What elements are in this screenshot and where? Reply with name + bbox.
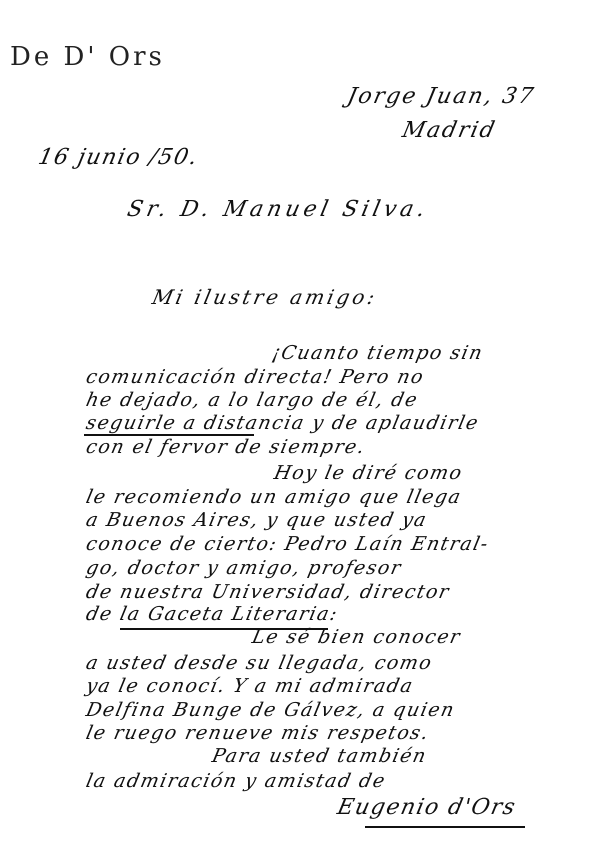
salutation: Mi ilustre amigo:: [150, 285, 380, 309]
body-line: go, doctor y amigo, profesor: [84, 557, 404, 579]
body-line: Hoy le diré como: [272, 462, 465, 484]
body-line: a usted desde su llegada, como: [84, 652, 435, 674]
body-line: Delfina Bunge de Gálvez, a quien: [84, 699, 457, 721]
signature: Eugenio d'Ors: [335, 795, 519, 820]
body-line: ya le conocí. Y a mi admirada: [84, 675, 416, 697]
body-line: de nuestra Universidad, director: [84, 581, 452, 603]
body-line: de la Gaceta Literaria:: [84, 603, 340, 625]
body-line: ¡Cuanto tiempo sin: [270, 342, 485, 364]
body-line: he dejado, a lo largo de él, de: [84, 389, 420, 411]
body-line: le ruego renueve mis respetos.: [84, 722, 432, 744]
body-line: conoce de cierto: Pedro Laín Entral-: [84, 533, 491, 555]
body-line: Para usted también: [210, 745, 429, 767]
sender-address-city: Madrid: [400, 118, 499, 143]
recipient-line: Sr. D. Manuel Silva.: [125, 197, 431, 222]
body-line: le recomiendo un amigo que llega: [84, 486, 464, 508]
letter-date: 16 junio /50.: [36, 145, 201, 170]
signature-underline: [365, 826, 525, 828]
body-line: a Buenos Aires, y que usted ya: [84, 509, 430, 531]
body-line: la admiración y amistad de: [84, 770, 388, 792]
body-line: Le sé bien conocer: [250, 626, 463, 648]
body-line: con el fervor de siempre.: [84, 436, 368, 458]
body-line: seguirle a distancia y de aplaudirle: [84, 412, 481, 434]
sender-address-street: Jorge Juan, 37: [345, 84, 537, 109]
archive-annotation: De D' Ors: [10, 42, 165, 72]
letter-page: De D' Ors Jorge Juan, 37 Madrid 16 junio…: [0, 0, 600, 852]
body-line: comunicación directa! Pero no: [84, 366, 426, 388]
